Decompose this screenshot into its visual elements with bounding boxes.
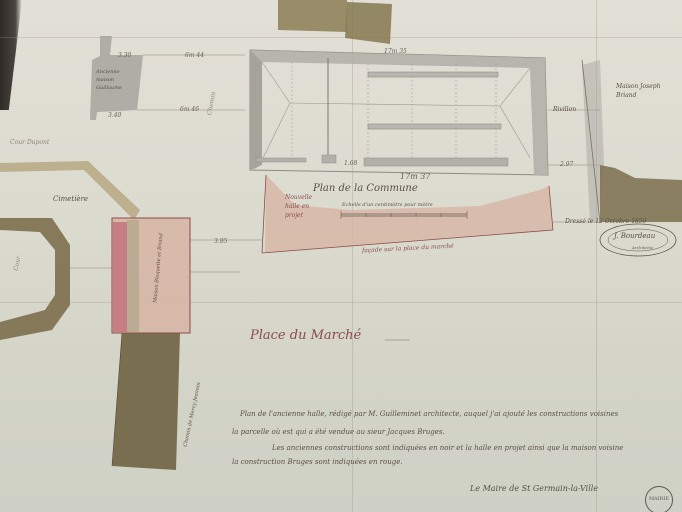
dimension-bottom-width: 17m 37 bbox=[400, 172, 431, 181]
left-building-label: Ancienne maison Guillaume bbox=[96, 68, 134, 92]
dimension-left-2: 6m 46 bbox=[180, 106, 199, 113]
scale-label: Echelle d'un centimètre pour mètre bbox=[342, 202, 433, 208]
new-hall-label: Nouvelle halle en projet bbox=[285, 193, 325, 220]
right-house-label: Maison Joseph Briand bbox=[616, 82, 666, 100]
mayor-signature: Le Maire de St Germain-la-Ville bbox=[470, 484, 598, 493]
architect-title: Architecte bbox=[632, 245, 653, 250]
cemetery-label: Cimetière bbox=[53, 195, 88, 203]
dimension-side: 3.95 bbox=[214, 238, 227, 245]
caption-line-2: la parcelle où est qui a été vendue au s… bbox=[232, 428, 445, 436]
mairie-stamp: MAIRIE bbox=[645, 486, 673, 512]
right-neighbor-label: Rivillon bbox=[553, 106, 576, 113]
dimension-small-1: 3.30 bbox=[118, 52, 131, 59]
dimension-left-1: 6m 44 bbox=[185, 52, 204, 59]
dimension-small-3: 1.68 bbox=[344, 160, 357, 167]
architect-signature: J. Bourdeau bbox=[614, 232, 655, 240]
dimension-right: 2.97 bbox=[560, 161, 573, 168]
caption-line-1: Plan de l'ancienne halle, rédigé par M. … bbox=[240, 410, 618, 418]
left-area-label: Cour Dupont bbox=[10, 139, 49, 146]
dimension-top-width: 17m 35 bbox=[384, 48, 407, 55]
dimension-small-2: 3.40 bbox=[108, 112, 121, 119]
plan-title-label: Plan de la Commune bbox=[313, 183, 418, 194]
caption-line-3: Les anciennes constructions sont indiqué… bbox=[272, 444, 623, 452]
place-du-marche-title: Place du Marché bbox=[250, 328, 361, 343]
caption-line-4: la construction Bruges sont indiquées en… bbox=[232, 458, 403, 466]
stamp-text: MAIRIE bbox=[646, 496, 672, 502]
date-line: Dressé le 12 Octobre 1859 bbox=[565, 218, 647, 225]
